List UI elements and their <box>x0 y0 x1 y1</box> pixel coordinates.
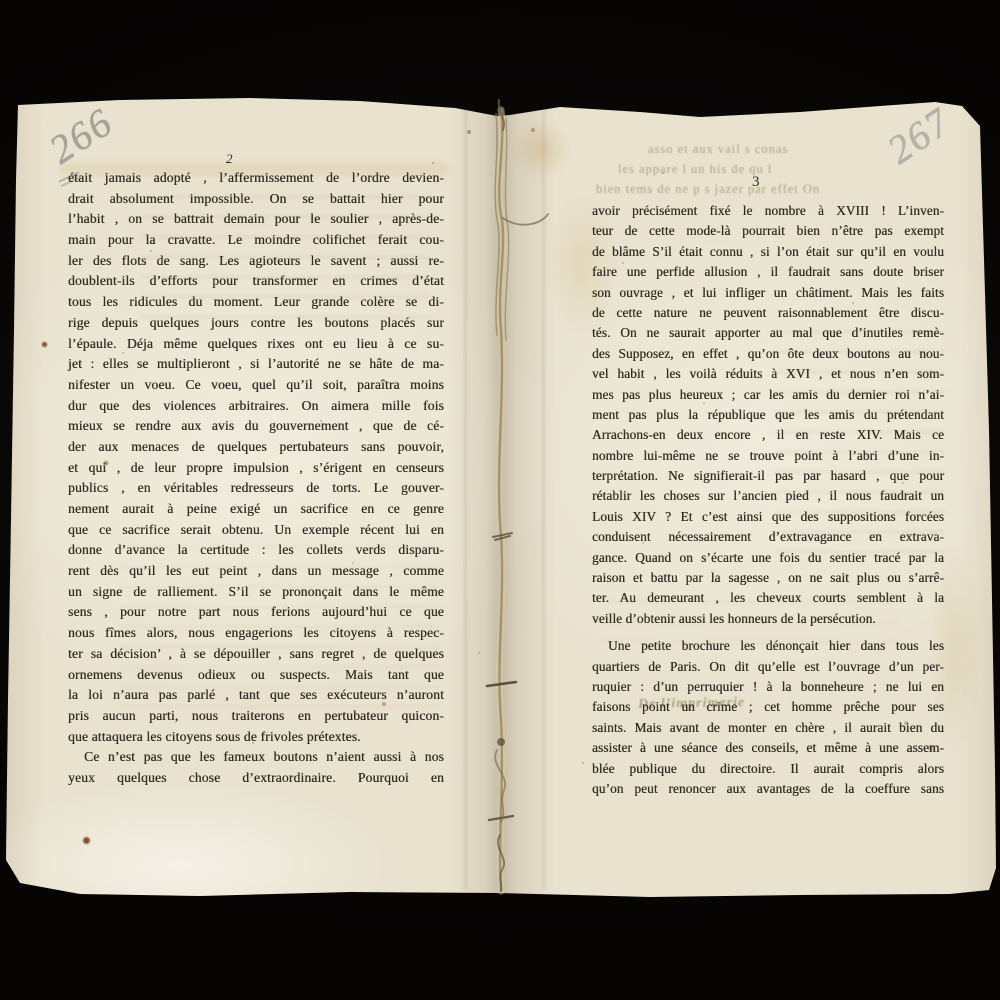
text-line: publics , en véritables redresseurs de t… <box>68 478 444 499</box>
text-line: un signe de ralliement. S’il se prononça… <box>68 582 444 603</box>
text-line: teur de cette mode-là pourrait bien n’êt… <box>592 221 944 241</box>
text-line: avoir précisément fixé le nombre à XVIII… <box>592 201 944 221</box>
book-pages-paper: asso et aux vail s conas les appare l un… <box>0 0 1000 1000</box>
text-line: yeux quelques chose d’extraordinaire. Po… <box>68 768 444 789</box>
text-line: saints. Mais avant de monter en chère , … <box>592 718 944 738</box>
handwritten-folio-266: 266 <box>41 98 122 173</box>
dust-specks <box>0 0 2 2</box>
text-line: mieux se rendre aux avis du gouvernement… <box>68 416 444 437</box>
text-line: jet : elles se multiplieront , si l’auto… <box>68 354 444 375</box>
text-line: rétablir les choses sur l’ancien pied , … <box>592 486 944 506</box>
text-line: ter. Au demeurant , les cheveux courts s… <box>592 588 944 608</box>
text-line: Une petite brochure les dénonçait hier d… <box>592 636 944 656</box>
set-off-fragment: les appare l un his de qu l <box>618 162 772 177</box>
text-line: Arrachons-en deux encore , il en reste X… <box>592 425 944 445</box>
text-line: était jamais adopté , l’affermissement d… <box>68 168 444 189</box>
text-line: vel habit , les voilà réduits à XVI , et… <box>592 364 944 384</box>
text-line: terprétation. Ne signifierait-il pas par… <box>592 466 944 486</box>
text-line: nous fîmes alors, nous engagerions les c… <box>68 623 444 644</box>
text-line: Ce n’est pas que les fameux boutons n’ai… <box>68 747 444 768</box>
foxing-spot <box>41 341 48 348</box>
text-line: et qui , de leur propre impulsion , s’ér… <box>68 458 444 479</box>
text-line: sens , pour notre part nous ferions aujo… <box>68 602 444 623</box>
set-off-fragment: bien tems de ne p s jazer par effet On <box>596 182 820 197</box>
text-line: faire une perfide allusion , il faudrait… <box>592 262 944 282</box>
gutter-crease-left <box>462 110 469 890</box>
text-line: ler des flots de sang. Les agioteurs le … <box>68 251 444 272</box>
text-line: tous les ridicules du moment. Leur grand… <box>68 292 444 313</box>
text-line: gance. Quand on s’écarte une fois du sen… <box>592 548 944 568</box>
text-line: doublent-ils d’efforts pour transformer … <box>68 271 444 292</box>
printed-page-number-left: 2 <box>226 151 233 167</box>
handwritten-folio-267: 267 <box>879 98 960 174</box>
text-line: nifester un voeu. Ce voeu, quel qu’il so… <box>68 375 444 396</box>
text-line: rige depuis quelques jours contre les bo… <box>68 313 444 334</box>
text-line: pris aucun parti, nous traiterons en per… <box>68 706 444 727</box>
scanned-book-spread: asso et aux vail s conas les appare l un… <box>0 0 1000 1000</box>
text-line: ment pas plus la république que les amis… <box>592 405 944 425</box>
set-off-fragment: asso et aux vail s conas <box>648 142 788 157</box>
text-line: de blâme S’il était connu , si l’on étai… <box>592 242 944 262</box>
text-line: des Supposez, en effet , qu’on ôte deux … <box>592 344 944 364</box>
right-page-text-column: avoir précisément fixé le nombre à XVIII… <box>592 201 944 799</box>
text-line: donne d’avance la certitude : les collet… <box>68 540 444 561</box>
text-line: ter sa décision’ , à se dépouiller , san… <box>68 644 444 665</box>
text-line: que attaquera les citoyens sous de frivo… <box>68 727 444 748</box>
text-line: main pour la cravatte. Le moindre colifi… <box>68 230 444 251</box>
text-line: Louis XIV ? Et c’est ainsi que des suppo… <box>592 507 944 527</box>
text-line: dur que des violences arbitraires. On ai… <box>68 396 444 417</box>
text-line: de cette nature ne peuvent raisonnableme… <box>592 303 944 323</box>
gutter-crease-right <box>540 110 547 890</box>
text-line: ornemens devenus odieux ou suspects. Mai… <box>68 665 444 686</box>
text-line: assister à une séance des conseils, et m… <box>592 738 944 758</box>
text-line: raison et battu par la sagesse , on ne s… <box>592 568 944 588</box>
text-line: nement aurait à peine exigé un sacrifice… <box>68 499 444 520</box>
text-line: der aux menaces de quelques pertubateurs… <box>68 437 444 458</box>
printed-page-number-right: 3 <box>752 174 760 191</box>
foxing-spot <box>82 836 91 845</box>
text-line: rent dès qu’il les eut peint , dans un m… <box>68 561 444 582</box>
text-line: la loi n’aura pas parlé , tant que ses e… <box>68 685 444 706</box>
text-line: ruquier : d’un perruquier ! à la bonnehe… <box>592 677 944 697</box>
text-line: veille d’obtenir aussi les honneurs de l… <box>592 609 944 629</box>
text-line: conduisent nécessairement d’extravagance… <box>592 527 944 547</box>
text-line: tés. On ne saurait apporter au mal que d… <box>592 323 944 343</box>
text-line: faisons point un crime ; cet homme prêch… <box>592 697 944 717</box>
text-line: drait absolument impossible. On se batta… <box>68 189 444 210</box>
left-page-text-column: était jamais adopté , l’affermissement d… <box>68 168 444 789</box>
text-line: l’épaule. Déja même quelques rixes ont e… <box>68 334 444 355</box>
text-line: quartiers de Paris. On dit qu’elle est l… <box>592 657 944 677</box>
text-line: que ce sacrifice serait obtenu. Un exemp… <box>68 520 444 541</box>
text-line: nombre lui-même ne se trouve point à l’a… <box>592 446 944 466</box>
text-line: son ouvrage , et lui infliger un châtime… <box>592 283 944 303</box>
text-line: mes pas plus heureux ; car les amis du d… <box>592 385 944 405</box>
text-line: qu’on peut renoncer aux avantages de la … <box>592 779 944 799</box>
text-line: l’habit , on se battrait demain pour le … <box>68 209 444 230</box>
text-line: blée publique du directoire. Il aurait c… <box>592 759 944 779</box>
